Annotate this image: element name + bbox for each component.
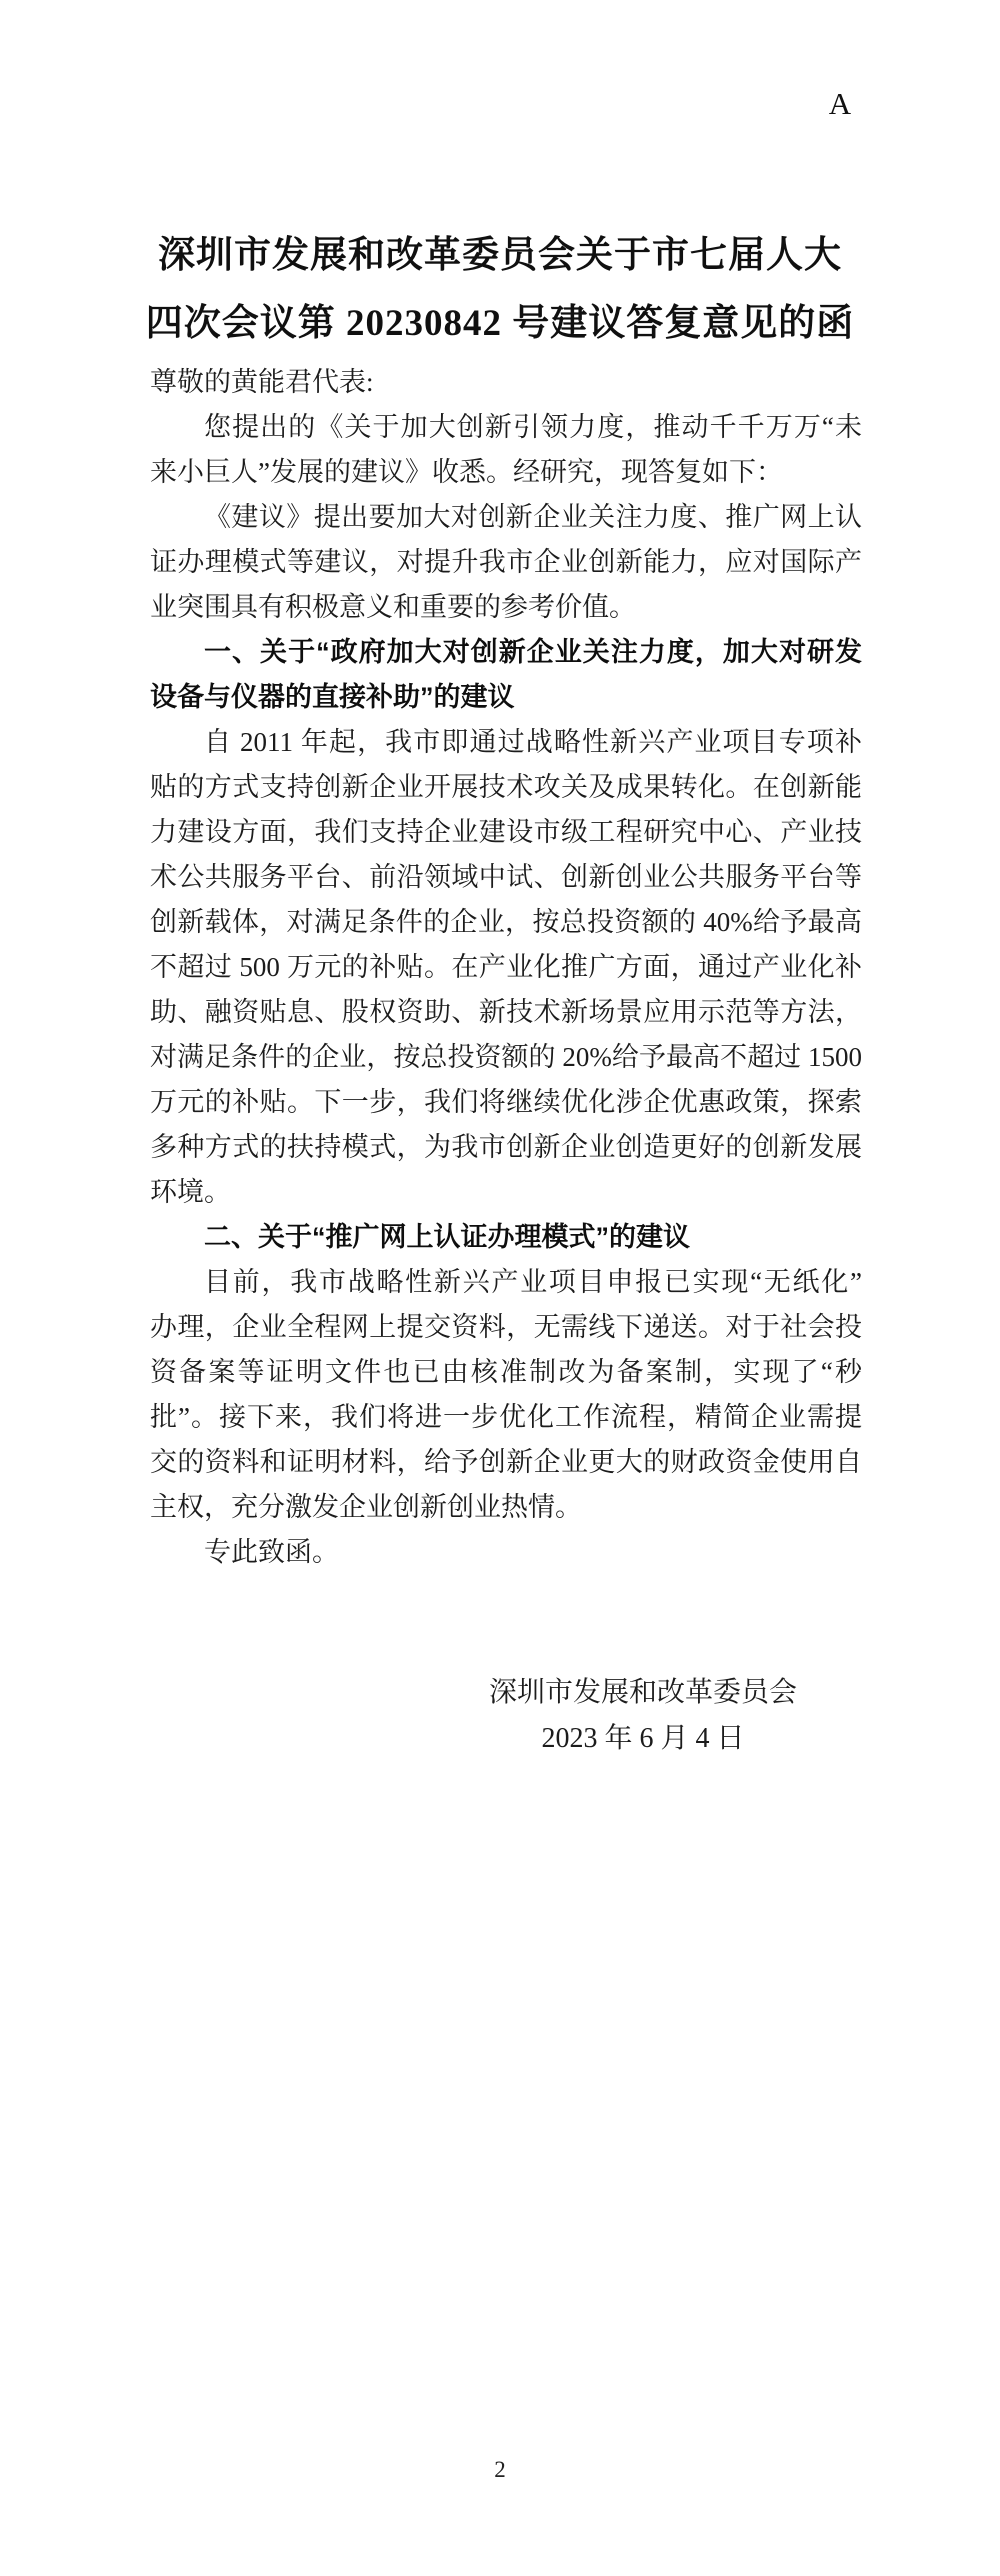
- body-text-line: 助、融资贴息、股权资助、新技术新场景应用示范等方法，: [150, 990, 862, 1035]
- body-text-line: 办理，企业全程网上提交资料，无需线下递送。对于社会投: [150, 1305, 862, 1350]
- body-text-line: 《建议》提出要加大对创新企业关注力度、推广网上认: [150, 495, 862, 540]
- body-text-line: 环境。: [150, 1170, 862, 1215]
- body-text-line: 自 2011 年起，我市即通过战略性新兴产业项目专项补: [150, 720, 862, 765]
- page-corner-label: A: [820, 86, 860, 122]
- document-title: 深圳市发展和改革委员会关于市七届人大 四次会议第 20230842 号建议答复意…: [100, 222, 900, 358]
- body-text-line: 万元的补贴。下一步，我们将继续优化涉企优惠政策，探索: [150, 1080, 862, 1125]
- body-text-line: 多种方式的扶持模式，为我市创新企业创造更好的创新发展: [150, 1125, 862, 1170]
- body-text-line: 证办理模式等建议，对提升我市企业创新能力，应对国际产: [150, 540, 862, 585]
- signature-block: 深圳市发展和改革委员会 2023 年 6 月 4 日: [482, 1670, 804, 1762]
- body-text-line: 批”。接下来，我们将进一步优化工作流程，精简企业需提: [150, 1395, 862, 1440]
- body-text-line: 专此致函。: [150, 1530, 862, 1575]
- document-body: 尊敬的黄能君代表:您提出的《关于加大创新引领力度，推动千千万万“未来小巨人”发展…: [150, 360, 862, 1575]
- body-text-line: 业突围具有积极意义和重要的参考价值。: [150, 585, 862, 630]
- body-text-line: 不超过 500 万元的补贴。在产业化推广方面，通过产业化补: [150, 945, 862, 990]
- body-text-line: 尊敬的黄能君代表:: [150, 360, 862, 405]
- body-text-line: 创新载体，对满足条件的企业，按总投资额的 40%给予最高: [150, 900, 862, 945]
- body-text-line: 交的资料和证明材料，给予创新企业更大的财政资金使用自: [150, 1440, 862, 1485]
- section-heading-line: 一、关于“政府加大对创新企业关注力度，加大对研发: [150, 630, 862, 675]
- body-text-line: 资备案等证明文件也已由核准制改为备案制，实现了“秒: [150, 1350, 862, 1395]
- body-text-line: 主权，充分激发企业创新创业热情。: [150, 1485, 862, 1530]
- body-text-line: 对满足条件的企业，按总投资额的 20%给予最高不超过 1500: [150, 1035, 862, 1080]
- body-text-line: 来小巨人”发展的建议》收悉。经研究，现答复如下：: [150, 450, 862, 495]
- body-text-line: 您提出的《关于加大创新引领力度，推动千千万万“未: [150, 405, 862, 450]
- body-text-line: 目前，我市战略性新兴产业项目申报已实现“无纸化”: [150, 1260, 862, 1305]
- document-title-line-2: 四次会议第 20230842 号建议答复意见的函: [100, 290, 900, 358]
- section-heading-line: 二、关于“推广网上认证办理模式”的建议: [150, 1215, 862, 1260]
- signature-organization: 深圳市发展和改革委员会: [482, 1670, 804, 1716]
- body-text-line: 贴的方式支持创新企业开展技术攻关及成果转化。在创新能: [150, 765, 862, 810]
- document-title-line-1: 深圳市发展和改革委员会关于市七届人大: [100, 222, 900, 290]
- body-text-line: 术公共服务平台、前沿领域中试、创新创业公共服务平台等: [150, 855, 862, 900]
- document-page: A 深圳市发展和改革委员会关于市七届人大 四次会议第 20230842 号建议答…: [0, 0, 1000, 2576]
- signature-date: 2023 年 6 月 4 日: [482, 1716, 804, 1762]
- body-text-line: 力建设方面，我们支持企业建设市级工程研究中心、产业技: [150, 810, 862, 855]
- page-number: 2: [0, 2456, 1000, 2484]
- section-heading-line: 设备与仪器的直接补助”的建议: [150, 675, 862, 720]
